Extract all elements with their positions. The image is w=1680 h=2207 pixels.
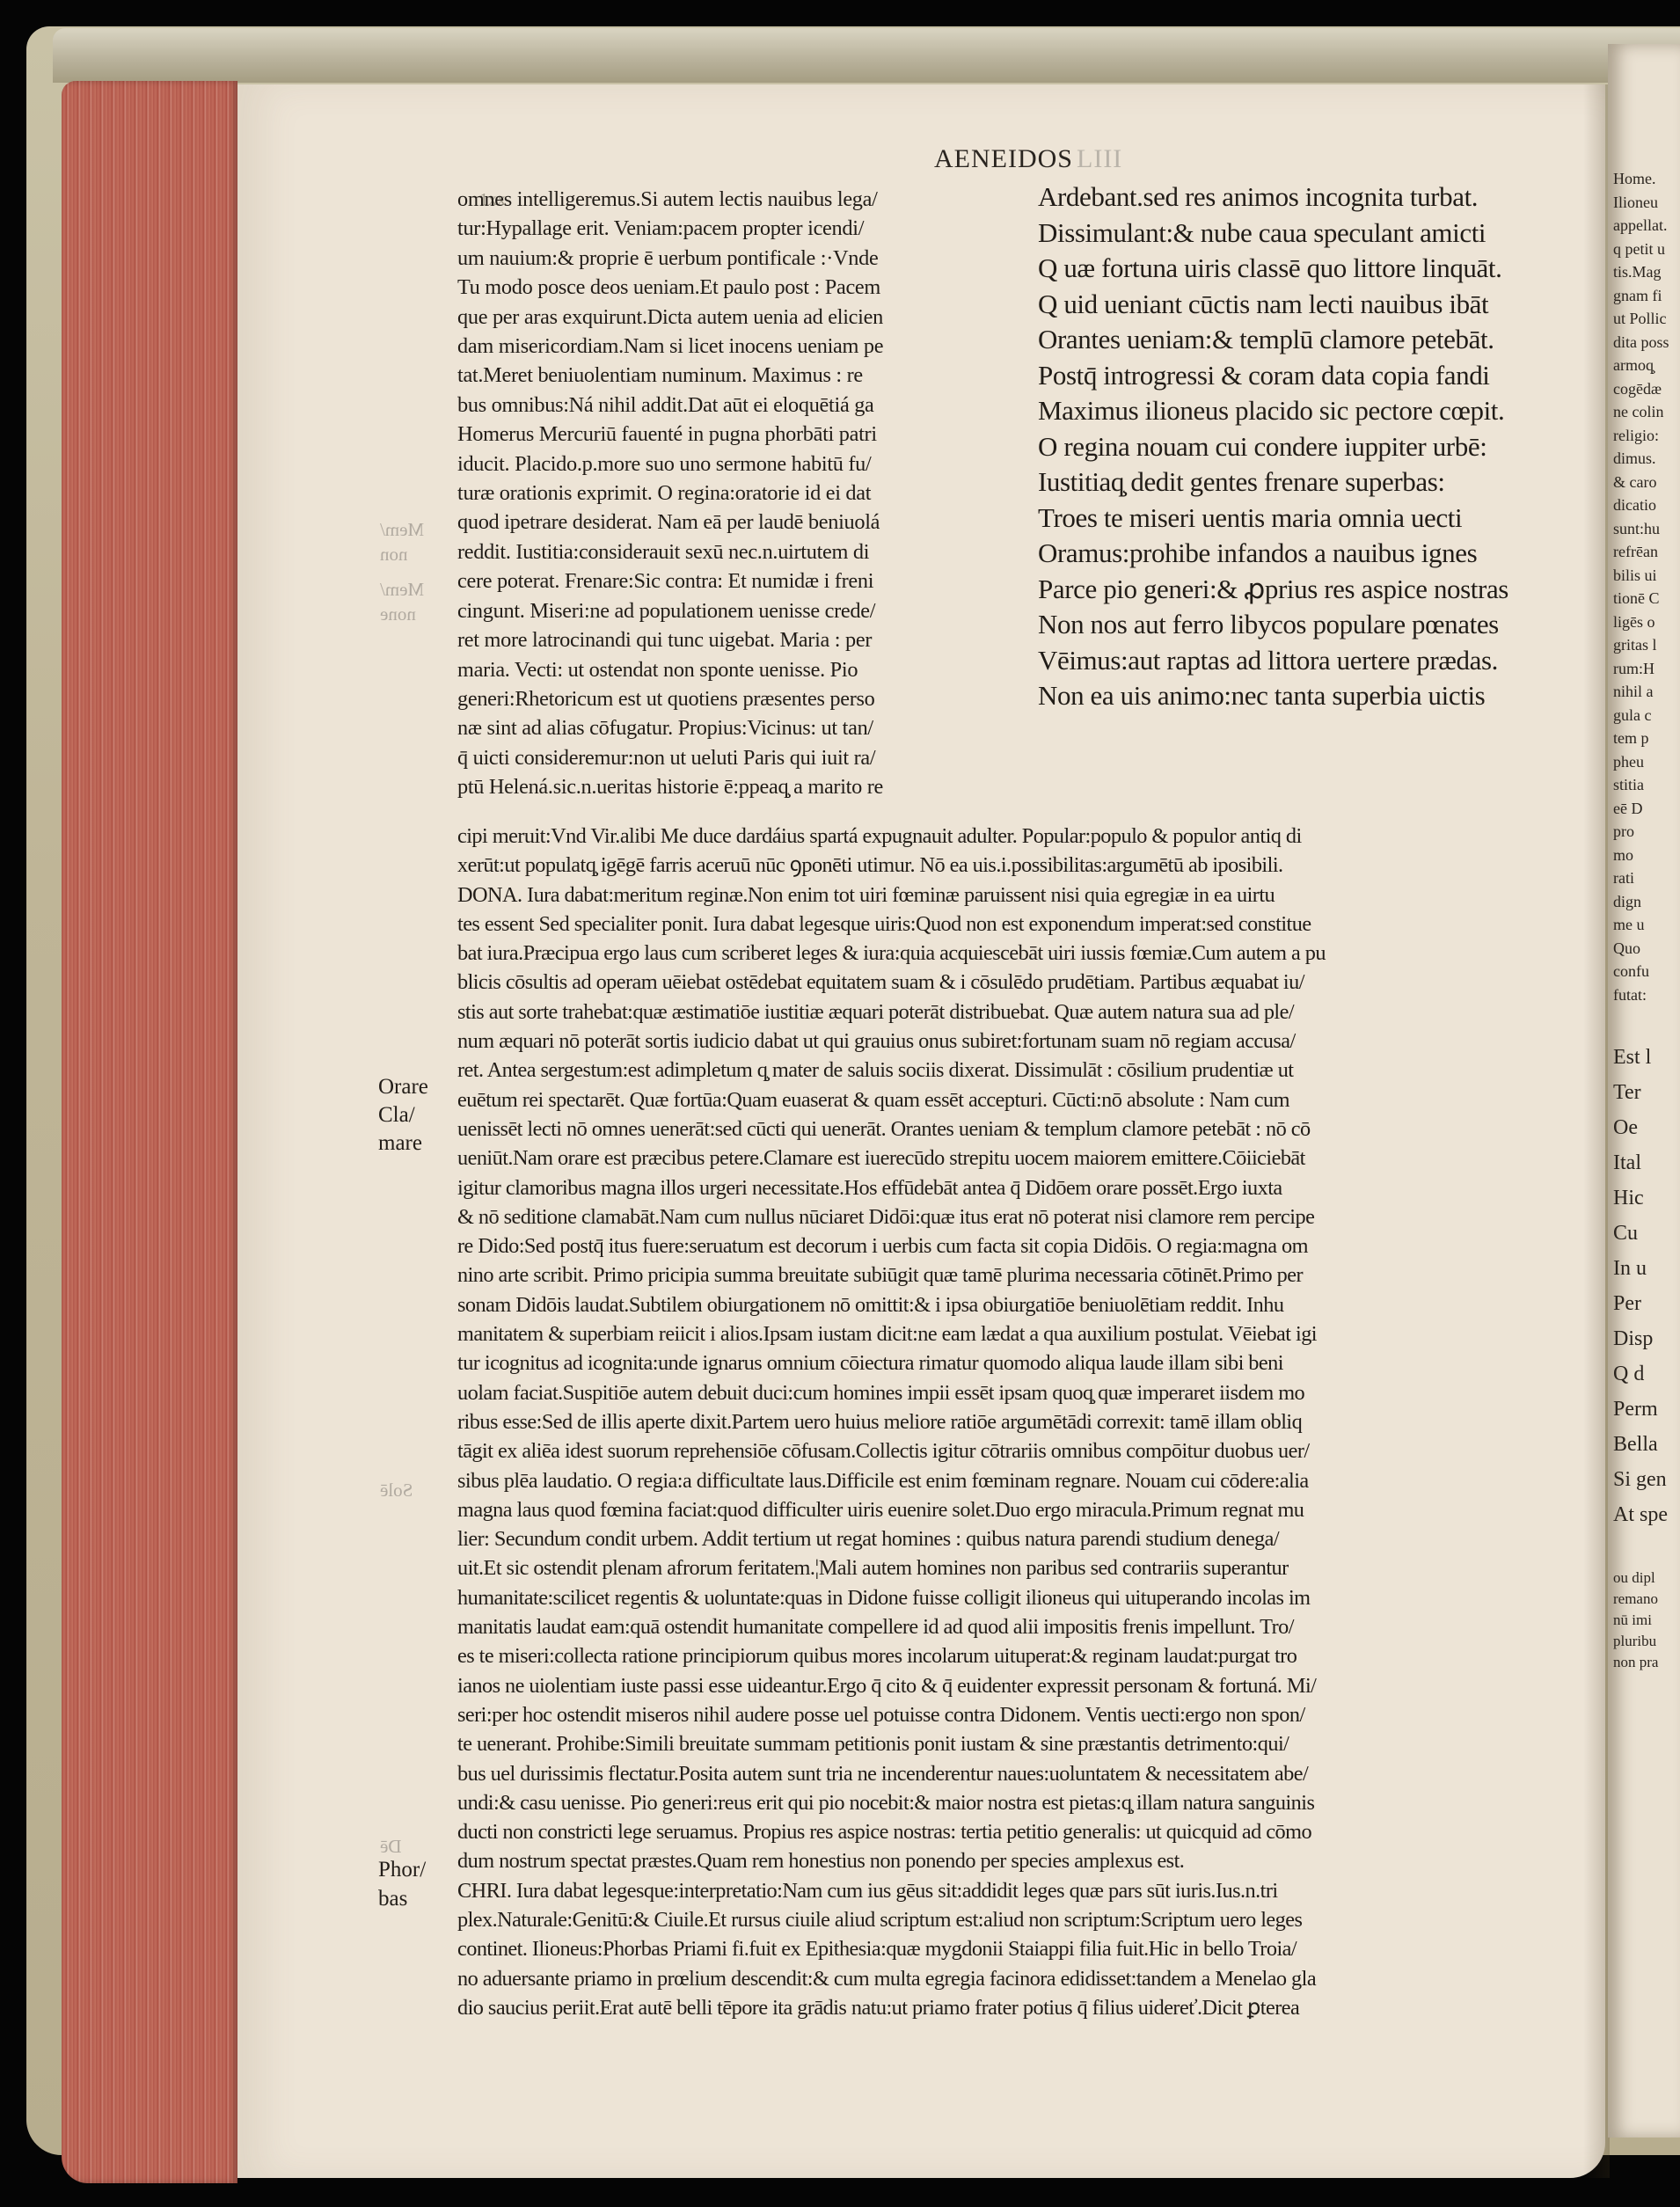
commentary-line: magna laus quod fœmina faciat:quod diffi… <box>457 1495 1601 1524</box>
recto-commentary-line: ligēs o <box>1613 610 1655 634</box>
recto-commentary-line: gnam fi <box>1613 284 1662 308</box>
commentary-line: Tu modo posce deos ueniam.Et paulo post … <box>457 273 1029 302</box>
commentary-line: maria. Vecti: ut ostendat non sponte uen… <box>457 655 1029 684</box>
recto-commentary-line: cogēdæ <box>1613 377 1662 401</box>
commentary-line: stis aut sorte trahebat:quæ æstimatiōe i… <box>457 998 1601 1027</box>
recto-commentary-line: armoq̧ <box>1613 354 1654 377</box>
commentary-line: ducti non constricti lege seruamus. Prop… <box>457 1817 1601 1846</box>
recto-commentary-line: tis.Mag <box>1613 260 1662 284</box>
verse-line: Dissimulant:& nube caua speculant amicti <box>1038 216 1601 252</box>
commentary-line: nino arte scribit. Primo pricipia summa … <box>457 1261 1601 1290</box>
commentary-line: undi:& casu uenisse. Pio generi:reus eri… <box>457 1788 1601 1817</box>
margin-note-clamare: Cla/ <box>378 1101 415 1129</box>
verse-line: O regina nouam cui condere iuppiter urbē… <box>1038 429 1601 465</box>
verse-line: Non ea uis animo:nec tanta superbia uict… <box>1038 678 1601 714</box>
verse-line: Troes te miseri uentis maria omnia uecti <box>1038 501 1601 537</box>
recto-verse-line: Q d <box>1613 1356 1644 1392</box>
recto-page-sliver: Home.Ilioneuappellat.q petit utis.Maggna… <box>1608 44 1680 2138</box>
recto-verse-line: Est l <box>1613 1040 1651 1075</box>
verse-line: Maximus ilioneus placido sic pectore cœp… <box>1038 393 1601 429</box>
recto-verse-line: Per <box>1613 1286 1641 1321</box>
recto-verse-line: At spe <box>1613 1497 1668 1532</box>
recto-commentary-line: ou dipl <box>1613 1568 1655 1589</box>
commentary-line: seri:per hoc ostendit miseros nihil aude… <box>457 1700 1601 1729</box>
commentary-line: tat.Meret beniuolentiam numinum. Maximus… <box>457 361 1029 390</box>
commentary-line: ribus esse:Sed de illis aperte dixit.Par… <box>457 1407 1601 1436</box>
commentary-line: continet. Ilioneus:Phorbas Priami fi.fui… <box>457 1934 1601 1963</box>
commentary-line: manitatem & superbiam reiicit i alios.Ip… <box>457 1319 1601 1348</box>
show-through-note: Solē <box>380 1478 413 1502</box>
commentary-line: tāgit ex aliēa idest suorum reprehensiōe… <box>457 1436 1601 1465</box>
verse-line: Orantes ueniam:& templū clamore petebāt. <box>1038 322 1601 358</box>
commentary-line: lier: Secundum condit urbem. Addit terti… <box>457 1524 1601 1553</box>
recto-verse-line: Cu <box>1613 1216 1638 1251</box>
margin-note-phorbas: bas <box>378 1885 407 1912</box>
commentary-line: quod ipetrare desiderat. Nam eā per laud… <box>457 508 1029 537</box>
commentary-line: q̄ uicti consideremur:non ut ueluti Pari… <box>457 743 1029 772</box>
commentary-line: re Dido:Sed postq̄ itus fuere:seruatum e… <box>457 1231 1601 1261</box>
recto-commentary-line: dign <box>1613 890 1641 914</box>
show-through-note: non <box>380 542 408 566</box>
commentary-line: generi:Rhetoricum est ut quotiens præsen… <box>457 684 1029 713</box>
commentary-line: næ sint ad alias cōfugatur. Propius:Vici… <box>457 713 1029 742</box>
verse-line: Postq̄ introgressi & coram data copia fa… <box>1038 358 1601 394</box>
recto-verse-line: Hic <box>1613 1180 1644 1216</box>
commentary-full-width: cipi meruit:Vnd Vir.alibi Me duce dardái… <box>457 822 1601 2022</box>
commentary-line: es te miseri:collecta ratione principior… <box>457 1641 1601 1670</box>
recto-commentary-line: nihil a <box>1613 680 1654 704</box>
recto-commentary-line: me u <box>1613 913 1645 937</box>
running-head-title: AENEIDOS <box>934 144 1073 173</box>
commentary-line: um nauium:& proprie ē uerbum pontificale… <box>457 244 1029 273</box>
red-fore-edge <box>62 81 237 2183</box>
commentary-line: que per aras exquirunt.Dicta autem uenia… <box>457 303 1029 332</box>
commentary-line: euētum rei spectarēt. Quæ fortūa:Quam eu… <box>457 1085 1601 1114</box>
recto-commentary-line: & caro <box>1613 471 1656 494</box>
commentary-line: cere poterat. Frenare:Sic contra: Et num… <box>457 566 1029 596</box>
commentary-line: uenissēt lecti nō omnes uenerāt:sed cūct… <box>457 1114 1601 1144</box>
recto-commentary-line: tionē C <box>1613 587 1660 610</box>
commentary-line: te uenerant. Prohibe:Simili breuitate su… <box>457 1729 1601 1758</box>
commentary-line: plex.Naturale:Genitū:& Ciuile.Et rursus … <box>457 1905 1601 1934</box>
commentary-line: ptū Helená.sic.n.ueritas historie ē:ppea… <box>457 772 1029 801</box>
recto-verse-line: Si gen <box>1613 1462 1667 1497</box>
recto-commentary-line: tem p <box>1613 727 1649 750</box>
recto-commentary-line: dita poss <box>1613 331 1669 354</box>
commentary-line: omnes intelligeremus.Si autem lectis nau… <box>457 185 1029 214</box>
commentary-line: ueniūt.Nam orare est præcibus petere.Cla… <box>457 1144 1601 1173</box>
recto-commentary-line: Quo <box>1613 937 1640 961</box>
commentary-line: reddit. Iustitia:considerauit sexū nec.n… <box>457 537 1029 566</box>
verse-line: Q uid ueniant cūctis nam lecti nauibus i… <box>1038 287 1601 323</box>
recto-commentary-line: rati <box>1613 866 1634 890</box>
recto-commentary-line: ut Pollic <box>1613 307 1667 331</box>
commentary-line: humanitate:scilicet regentis & uoluntate… <box>457 1583 1601 1612</box>
commentary-line: sonam Didōis laudat.Subtilem obiurgation… <box>457 1290 1601 1319</box>
recto-commentary-line: confu <box>1613 960 1649 983</box>
recto-commentary-line: religio: <box>1613 424 1659 448</box>
show-through-note: Mem/ <box>380 517 424 542</box>
commentary-line: dum nostrum spectat præstes.Quam rem hon… <box>457 1846 1601 1875</box>
binding-top-edge <box>53 28 1680 83</box>
commentary-line: uit.Et sic ostendit plenam afrorum ferit… <box>457 1553 1601 1582</box>
recto-commentary-line: refrēan <box>1613 540 1658 564</box>
commentary-line: tur icognitus ad icognita:unde ignarus o… <box>457 1348 1601 1378</box>
margin-note-phorbas: Phor/ <box>378 1856 426 1883</box>
recto-commentary-line: gritas l <box>1613 633 1657 657</box>
commentary-line: iducit. Placido.p.more suo uno sermone h… <box>457 449 1029 479</box>
show-through-note: Dē <box>380 1834 402 1859</box>
commentary-line: no aduersante priamo in prœlium descendi… <box>457 1964 1601 1993</box>
commentary-line: ianos ne uiolentiam iuste passi esse uid… <box>457 1671 1601 1700</box>
commentary-line: ret. Antea sergestum:est adimpletum q̧ m… <box>457 1056 1601 1085</box>
recto-commentary-line: pro <box>1613 820 1634 844</box>
commentary-line: sibus plēa laudatio. O regia:a difficult… <box>457 1466 1601 1495</box>
commentary-line: manitatis laudat eam:quā ostendit humani… <box>457 1612 1601 1641</box>
recto-commentary-line: pluribu <box>1613 1631 1656 1652</box>
commentary-line: Homerus Mercuriū fauenté in pugna phorbā… <box>457 420 1029 449</box>
recto-commentary-line: mo <box>1613 844 1633 867</box>
recto-commentary-line: dimus. <box>1613 447 1656 471</box>
commentary-line: igitur clamoribus magna illos urgeri nec… <box>457 1173 1601 1202</box>
recto-commentary-line: Home. <box>1613 167 1656 191</box>
recto-verse-line: In u <box>1613 1251 1647 1286</box>
recto-commentary-line: futat: <box>1613 983 1647 1007</box>
commentary-line: blicis cōsultis ad operam uēiebat ostēde… <box>457 968 1601 997</box>
commentary-line: & nō seditione clamabāt.Nam cum nullus n… <box>457 1202 1601 1231</box>
verse-line: Q uæ fortuna uiris classē quo littore li… <box>1038 251 1601 287</box>
commentary-line: bus omnibus:Ná nihil addit.Dat aūt ei el… <box>457 391 1029 420</box>
commentary-line: cipi meruit:Vnd Vir.alibi Me duce dardái… <box>457 822 1601 851</box>
commentary-line: tur:Hypallage erit. Veniam:pacem propter… <box>457 214 1029 243</box>
commentary-line: ret more latrocinandi qui tunc uigebat. … <box>457 625 1029 654</box>
recto-commentary-line: gula c <box>1613 704 1651 727</box>
running-head-ghost-numeral: LIII <box>1077 144 1122 173</box>
recto-commentary-line: Ilioneu <box>1613 191 1658 215</box>
commentary-line: cingunt. Miseri:ne ad populationem uenis… <box>457 596 1029 625</box>
recto-verse-line: Disp <box>1613 1321 1653 1356</box>
recto-verse-line: Perm <box>1613 1392 1658 1427</box>
recto-commentary-line: dicatio <box>1613 493 1656 517</box>
recto-commentary-line: eē D <box>1613 797 1642 821</box>
commentary-line: xerūt:ut populatq̧ igēgē farris aceruū n… <box>457 851 1601 880</box>
recto-commentary-line: ne colin <box>1613 400 1663 424</box>
commentary-line: dio saucius periit.Erat autē belli tēpor… <box>457 1993 1601 2022</box>
commentary-line: num æquari nō poterāt sortis iudicio dab… <box>457 1027 1601 1056</box>
commentary-line: dam misericordiam.Nam si licet inocens u… <box>457 332 1029 361</box>
margin-note-clamare: mare <box>378 1129 422 1157</box>
margin-note-orare: Orare <box>378 1073 428 1100</box>
commentary-line: tes essent Sed specialiter ponit. Iura d… <box>457 910 1601 939</box>
show-through-note: Mem/ <box>380 577 424 602</box>
recto-commentary-line: bilis ui <box>1613 564 1657 588</box>
recto-verse-line: Bella <box>1613 1427 1658 1462</box>
recto-verse-line: Oe <box>1613 1110 1638 1145</box>
running-head: AENEIDOSLIII <box>934 144 1122 174</box>
recto-commentary-line: q petit u <box>1613 238 1665 261</box>
verse-column: Ardebant.sed res animos incognita turbat… <box>1038 179 1601 714</box>
show-through-note: none <box>380 602 416 626</box>
commentary-line: bat iura.Præcipua ergo laus cum scribere… <box>457 939 1601 968</box>
commentary-line: DONA. Iura dabat:meritum reginæ.Non enim… <box>457 881 1601 910</box>
recto-commentary-line: stitia <box>1613 773 1644 797</box>
recto-commentary-line: sunt:hu <box>1613 517 1660 541</box>
commentary-line: uolam faciat.Suspitiōe autem debuit duci… <box>457 1378 1601 1407</box>
verse-line: Vēimus:aut raptas ad littora uertere præ… <box>1038 643 1601 679</box>
verse-line: Oramus:prohibe infandos a nauibus ignes <box>1038 536 1601 572</box>
verse-line: Iustitiaq̧ dedit gentes frenare superbas… <box>1038 464 1601 501</box>
recto-verse-line: Ter <box>1613 1075 1641 1110</box>
commentary-line: bus uel durissimis flectatur.Posita aute… <box>457 1759 1601 1788</box>
commentary-column-top: omnes intelligeremus.Si autem lectis nau… <box>457 185 1029 802</box>
recto-verse-line: Ital <box>1613 1145 1641 1180</box>
verse-line: Ardebant.sed res animos incognita turbat… <box>1038 179 1601 216</box>
recto-commentary-line: appellat. <box>1613 214 1667 238</box>
commentary-line: CHRI. Iura dabat legesque:interpretatio:… <box>457 1876 1601 1905</box>
verse-line: Non nos aut ferro libycos populare pœnat… <box>1038 607 1601 643</box>
recto-commentary-line: nū imi <box>1613 1610 1652 1631</box>
recto-commentary-line: non pra <box>1613 1652 1658 1673</box>
verse-line: Parce pio generi:& ꝓprius res aspice nos… <box>1038 572 1601 608</box>
recto-commentary-line: pheu <box>1613 750 1644 774</box>
recto-commentary-line: rum:H <box>1613 657 1654 681</box>
commentary-line: turæ orationis exprimit. O regina:orator… <box>457 479 1029 508</box>
recto-commentary-line: remano <box>1613 1589 1658 1610</box>
